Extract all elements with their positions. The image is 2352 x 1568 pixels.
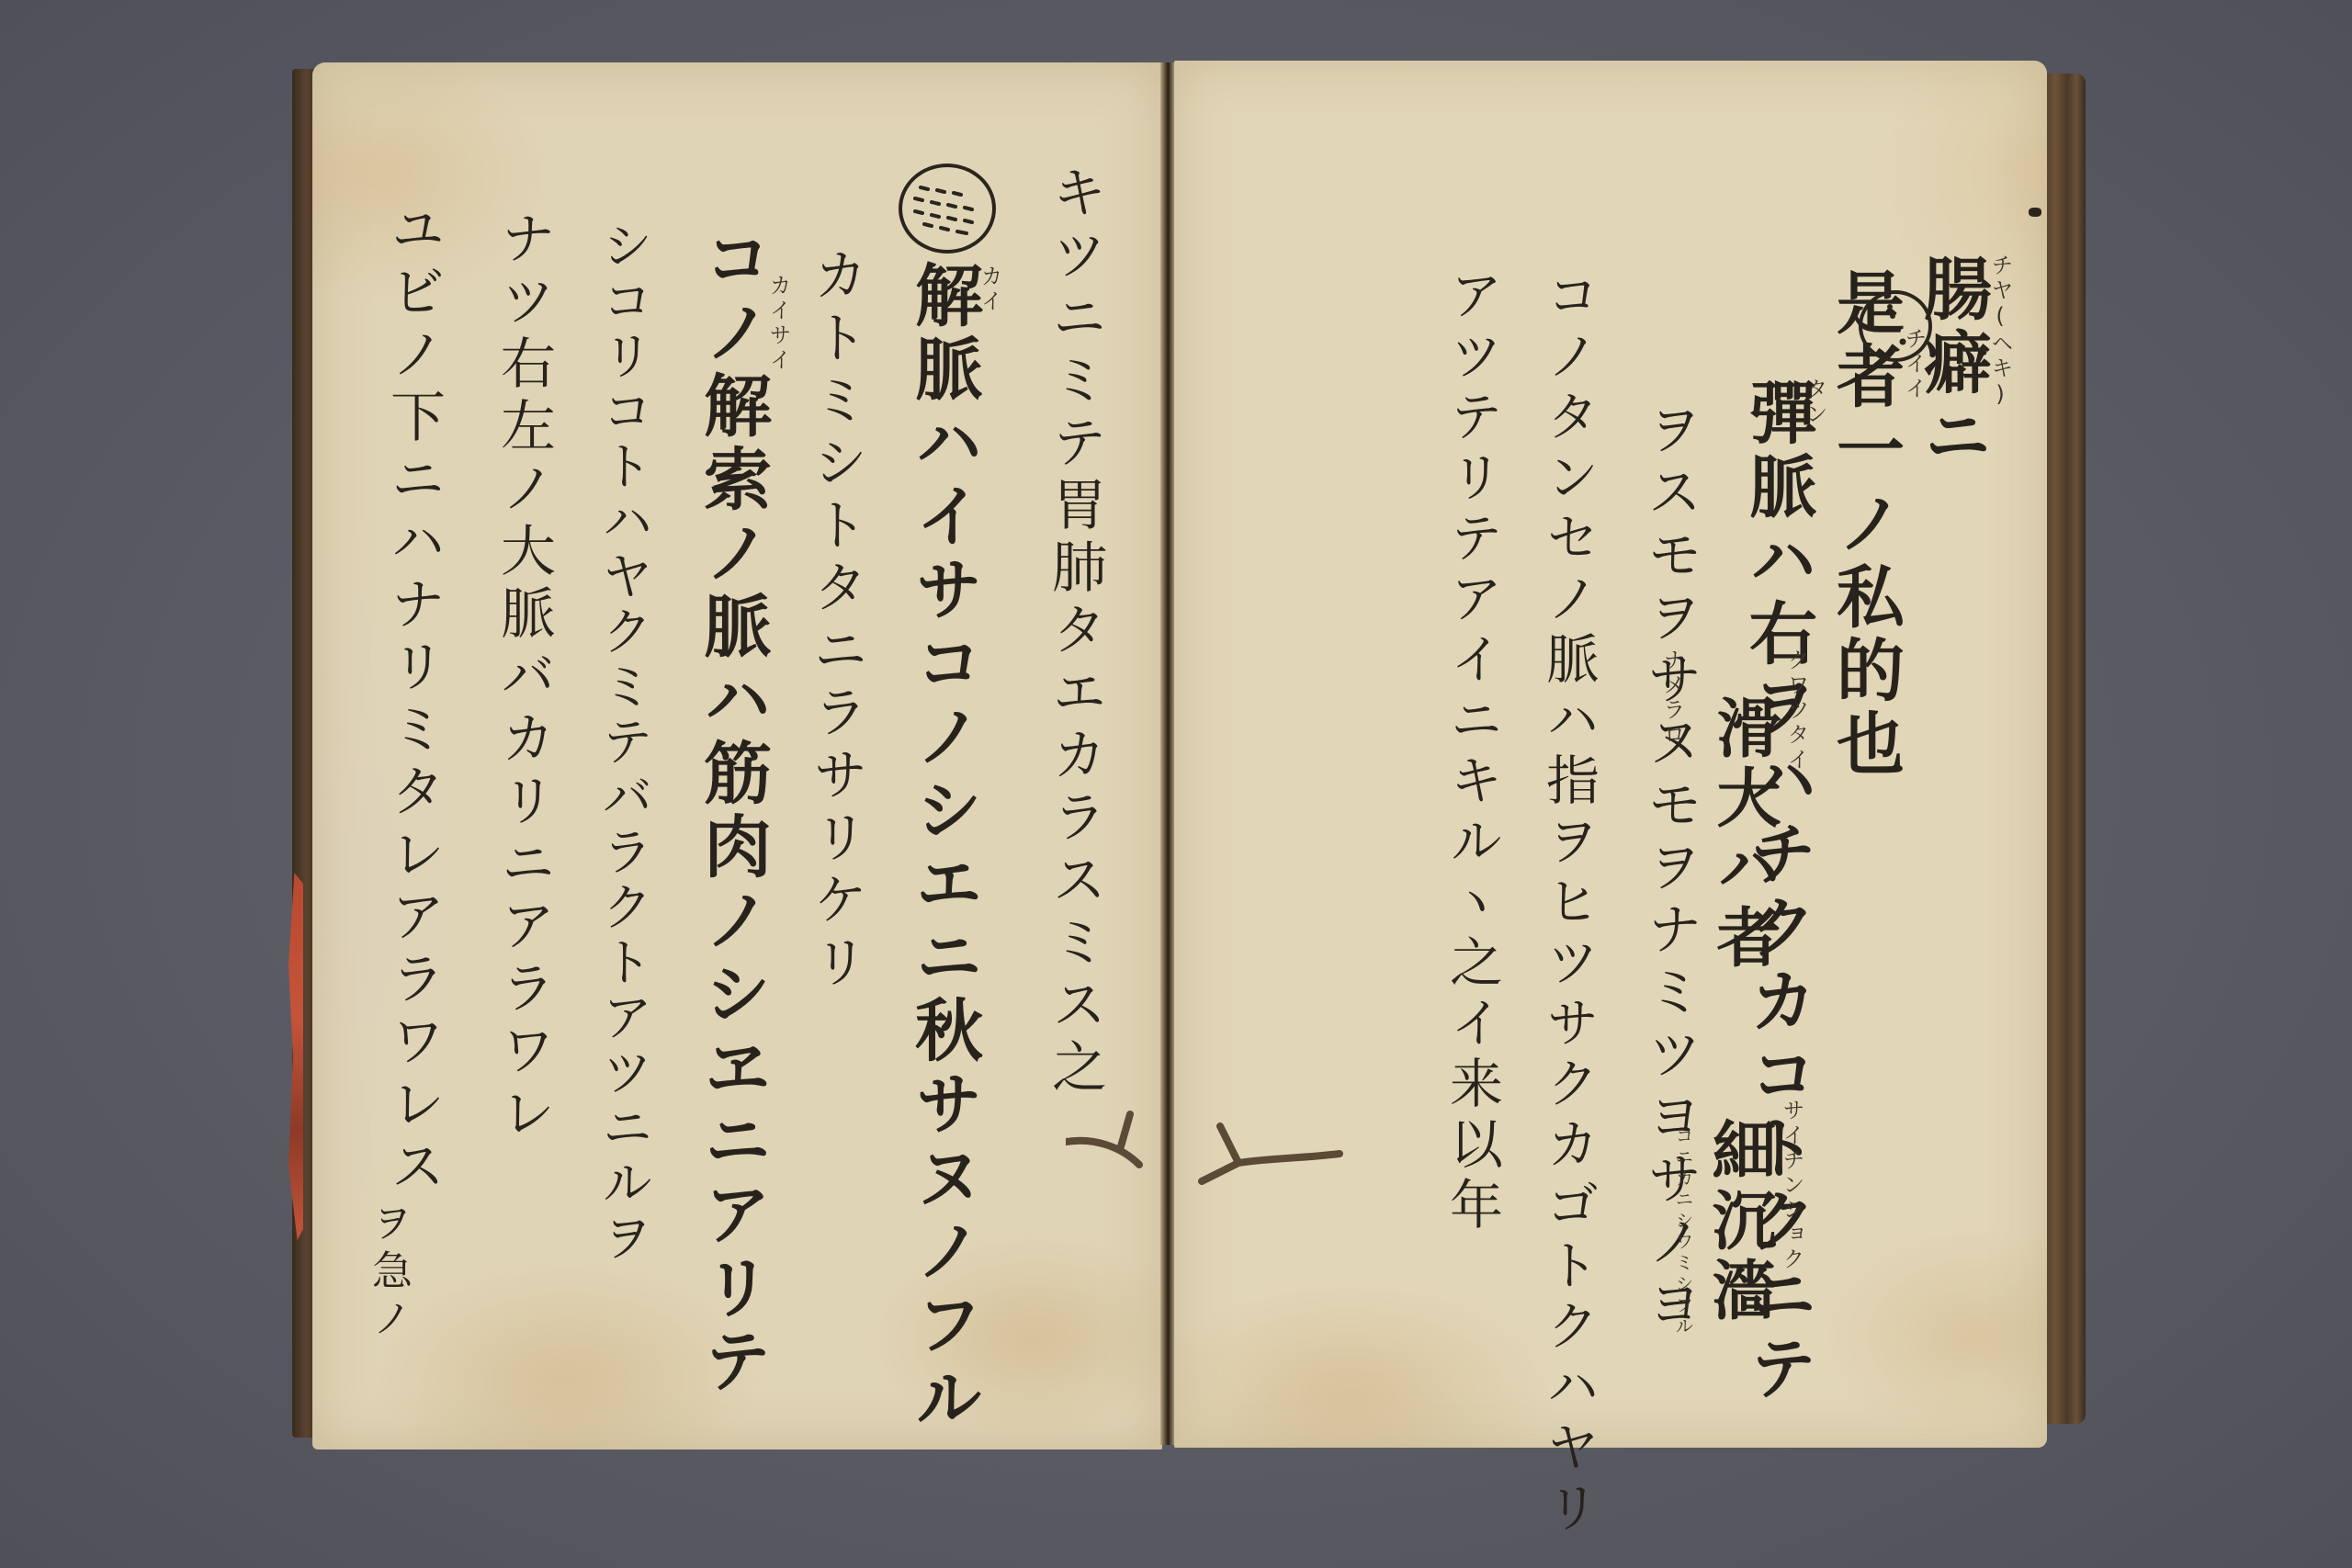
left-column-1: キツニミテ胃肺タエカラスミス之 xyxy=(1047,164,1102,1100)
wormhole-damage-icon xyxy=(1183,1108,1349,1190)
left-column-6: ナツ右左ノ大脈バカリニアラワレ xyxy=(496,209,551,1146)
right-column-1-ruby: チヤ(ヘキ) xyxy=(1984,254,2017,410)
left-column-4: コノ解索ノ脈ハ筋肉ノシヱニアリテ xyxy=(698,223,766,1399)
left-page: キツニミテ胃肺タエカラスミス之 解脈ハイサコノシエニ秋サヌノフル カイ カトミシ… xyxy=(312,62,1162,1450)
right-column-5: コノタンセノ脈ハ指ヲヒツサクカゴトクハヤリ xyxy=(1542,267,1595,1540)
wormhole-damage-icon xyxy=(1066,1100,1176,1174)
right-column-7: 滑大ハ者 xyxy=(1712,694,1776,974)
right-column-3-ruby: タン xyxy=(1799,378,1831,427)
right-column-7-ruby: クワツタイ xyxy=(1781,649,1813,773)
left-column-3: カトミシトタニラサリケリ xyxy=(808,246,864,996)
right-column-8-ruby-left: コニカニシワミシフル xyxy=(1670,1126,1697,1337)
three-dots-icon xyxy=(1862,294,1928,358)
book-gutter xyxy=(1160,62,1175,1445)
right-column-8: 細沉濇 xyxy=(1707,1117,1771,1326)
hatch-dashes-icon xyxy=(902,167,992,250)
open-book: キツニミテ胃肺タエカラスミス之 解脈ハイサコノシエニ秋サヌノフル カイ カトミシ… xyxy=(276,55,2278,1451)
right-column-6: アツテリテアイニキルヽ之イ来以年 xyxy=(1445,267,1498,1237)
red-cover-fragment xyxy=(288,873,303,1240)
ink-blot xyxy=(2029,208,2041,217)
right-column-7-ruby-left: ナメラロ xyxy=(1657,649,1689,748)
hatched-circle-icon xyxy=(899,164,996,254)
dotted-circle-icon xyxy=(1859,290,1932,362)
right-page: 腸癖ニ チヤ(ヘキ) 是者一ノ私的也 チイイ 彈脈ハ右ヲハチクカコトクニテ タン… xyxy=(1174,61,2047,1448)
right-column-8-ruby: サイチンショク xyxy=(1776,1099,1808,1272)
left-column-2-ruby: カイ xyxy=(974,265,1006,314)
left-column-2: 解脈ハイサコノシエニ秋サヌノフル xyxy=(910,260,978,1436)
left-column-8: ヲ急ノ xyxy=(367,1201,408,1345)
left-column-4-ruby: カイサイ xyxy=(763,274,795,373)
left-column-7: ユビノ下ニハナリミタレアラワレス xyxy=(386,200,441,1200)
left-column-5: シコリコトハヤクミテバラクトアツニルヲ xyxy=(597,219,649,1266)
